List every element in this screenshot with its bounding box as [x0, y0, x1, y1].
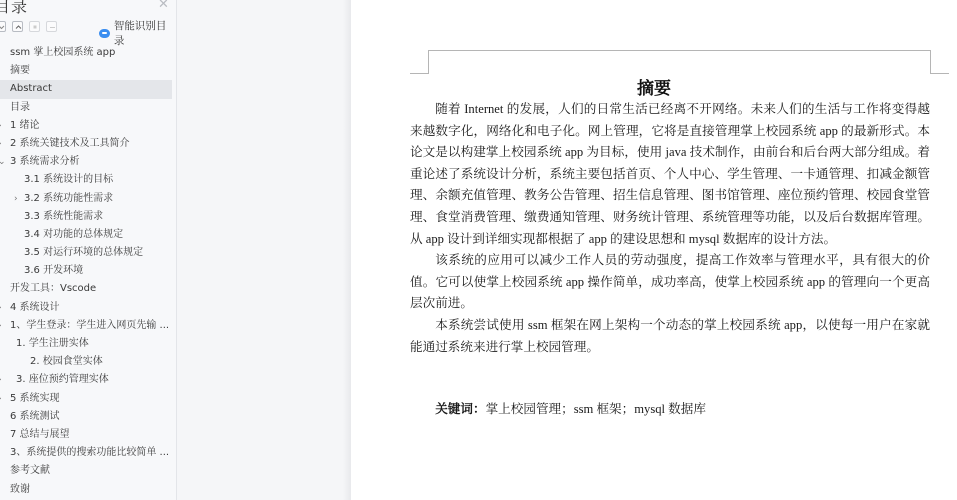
toc-item[interactable]: ssm 掌上校园系统 app: [0, 44, 172, 62]
toc-item[interactable]: ⌄3 系统需求分析: [0, 153, 172, 171]
page-gutter: [178, 0, 350, 500]
toc-item-label: 目录: [10, 99, 30, 117]
toc-item-label: 参考文献: [10, 462, 50, 480]
smart-toc-icon: [99, 29, 110, 38]
toc-item-label: 2 系统关键技术及工具简介: [10, 135, 130, 153]
toc-item[interactable]: 7 总结与展望: [0, 426, 172, 444]
toc-item[interactable]: 3.6 开发环境: [0, 262, 172, 280]
chevron-right-icon[interactable]: ›: [0, 390, 6, 408]
toc-item[interactable]: ›1 绪论: [0, 117, 172, 135]
header-rule: [428, 50, 930, 51]
keywords-value: 掌上校园管理；ssm 框架；mysql 数据库: [486, 402, 706, 416]
toc-item[interactable]: 6 系统测试: [0, 408, 172, 426]
page-shadow: [343, 0, 351, 500]
expand-up-icon[interactable]: [12, 21, 23, 32]
crop-mark-right-vertical: [930, 50, 931, 73]
chevron-right-icon[interactable]: ›: [0, 299, 6, 317]
toc-item[interactable]: 3.3 系统性能需求: [0, 208, 172, 226]
level-down-icon[interactable]: [46, 21, 57, 32]
toc-item[interactable]: ›2 系统关键技术及工具简介: [0, 135, 172, 153]
toc-item[interactable]: 3.4 对功能的总体规定: [0, 226, 172, 244]
toc-item-label: 7 总结与展望: [10, 426, 70, 444]
chevron-right-icon[interactable]: ›: [0, 371, 6, 389]
toc-item[interactable]: ›4 系统设计: [0, 299, 172, 317]
toc-item-label: 3.4 对功能的总体规定: [24, 226, 123, 244]
chevron-down-icon[interactable]: ⌄: [0, 153, 6, 171]
toc-item-label: 6 系统测试: [10, 408, 60, 426]
toc-item-label: 1. 学生注册实体: [16, 335, 89, 353]
keywords-line: 关键词：掌上校园管理；ssm 框架；mysql 数据库: [410, 398, 930, 417]
chevron-right-icon[interactable]: ›: [0, 117, 6, 135]
toc-item[interactable]: 致谢: [0, 481, 172, 499]
toc-item-label: 摘要: [10, 62, 30, 80]
keywords-label: 关键词：: [435, 402, 485, 416]
toc-list: ssm 掌上校园系统 app摘要Abstract目录›1 绪论›2 系统关键技术…: [0, 44, 172, 499]
crop-mark-left-vertical: [428, 50, 429, 73]
toc-sidebar: 目录 ✕ 智能识别目录 ssm 掌上校园系统 app摘要Abstract目录›1…: [0, 0, 177, 500]
toc-item[interactable]: ›3.2 系统功能性需求: [0, 190, 172, 208]
toc-item-label: 1、学生登录：学生进入网页先输 ...: [10, 317, 169, 335]
toc-item-label: Abstract: [10, 80, 52, 98]
toc-item[interactable]: 2. 校园食堂实体: [0, 353, 172, 371]
document-page: 摘要 随着 Internet 的发展，人们的日常生活已经离不开网络。未来人们的生…: [351, 0, 957, 500]
toc-item-label: 3 系统需求分析: [10, 153, 80, 171]
abstract-paragraph: 随着 Internet 的发展，人们的日常生活已经离不开网络。未来人们的生活与工…: [410, 99, 930, 250]
chevron-right-icon[interactable]: ›: [0, 135, 6, 153]
close-icon[interactable]: ✕: [158, 0, 169, 12]
toc-item-label: 3.1 系统设计的目标: [24, 171, 113, 189]
chevron-right-icon[interactable]: ›: [0, 317, 6, 335]
toc-item-label: 1 绪论: [10, 117, 40, 135]
toc-item-label: ssm 掌上校园系统 app: [10, 44, 115, 62]
toc-item-label: 致谢: [10, 481, 30, 499]
toc-item-label: 开发工具：Vscode: [10, 280, 96, 298]
toc-item[interactable]: 摘要: [0, 62, 172, 80]
toc-item[interactable]: Abstract: [0, 80, 172, 98]
toc-item-label: 5 系统实现: [10, 390, 60, 408]
toc-toolbar: [0, 18, 57, 34]
collapse-all-icon[interactable]: [0, 21, 6, 32]
abstract-paragraph: 本系统尝试使用 ssm 框架在网上架构一个动态的掌上校园系统 app，以使每一用…: [410, 315, 930, 358]
toc-item-label: 4 系统设计: [10, 299, 60, 317]
toc-item[interactable]: ›3. 座位预约管理实体: [0, 371, 172, 389]
abstract-body: 随着 Internet 的发展，人们的日常生活已经离不开网络。未来人们的生活与工…: [410, 99, 930, 358]
toc-item[interactable]: 参考文献: [0, 462, 172, 480]
toc-item-label: 3、系统提供的搜索功能比较简单 ...: [10, 444, 169, 462]
abstract-heading: 摘要: [351, 74, 957, 99]
toc-title: 目录: [0, 0, 28, 17]
toc-item[interactable]: 目录: [0, 99, 172, 117]
chevron-right-icon[interactable]: ›: [14, 190, 22, 208]
level-icon[interactable]: [29, 21, 40, 32]
toc-item-label: 3.6 开发环境: [24, 262, 83, 280]
toc-item[interactable]: 1. 学生注册实体: [0, 335, 172, 353]
toc-item[interactable]: ›1、学生登录：学生进入网页先输 ...: [0, 317, 172, 335]
toc-item-label: 3.2 系统功能性需求: [24, 190, 113, 208]
abstract-paragraph: 该系统的应用可以减少工作人员的劳动强度，提高工作效率与管理水平，具有很大的价值。…: [410, 250, 930, 315]
toc-item[interactable]: ›5 系统实现: [0, 390, 172, 408]
toc-item[interactable]: 开发工具：Vscode: [0, 280, 172, 298]
toc-item-label: 3.5 对运行环境的总体规定: [24, 244, 143, 262]
toc-item-label: 3.3 系统性能需求: [24, 208, 103, 226]
toc-item[interactable]: 3.1 系统设计的目标: [0, 171, 172, 189]
toc-item[interactable]: 3.5 对运行环境的总体规定: [0, 244, 172, 262]
toc-item[interactable]: 3、系统提供的搜索功能比较简单 ...: [0, 444, 172, 462]
document-viewer: 目录 ✕ 智能识别目录 ssm 掌上校园系统 app摘要Abstract目录›1…: [0, 0, 957, 500]
toc-item-label: 3. 座位预约管理实体: [16, 371, 109, 389]
toc-item-label: 2. 校园食堂实体: [30, 353, 103, 371]
